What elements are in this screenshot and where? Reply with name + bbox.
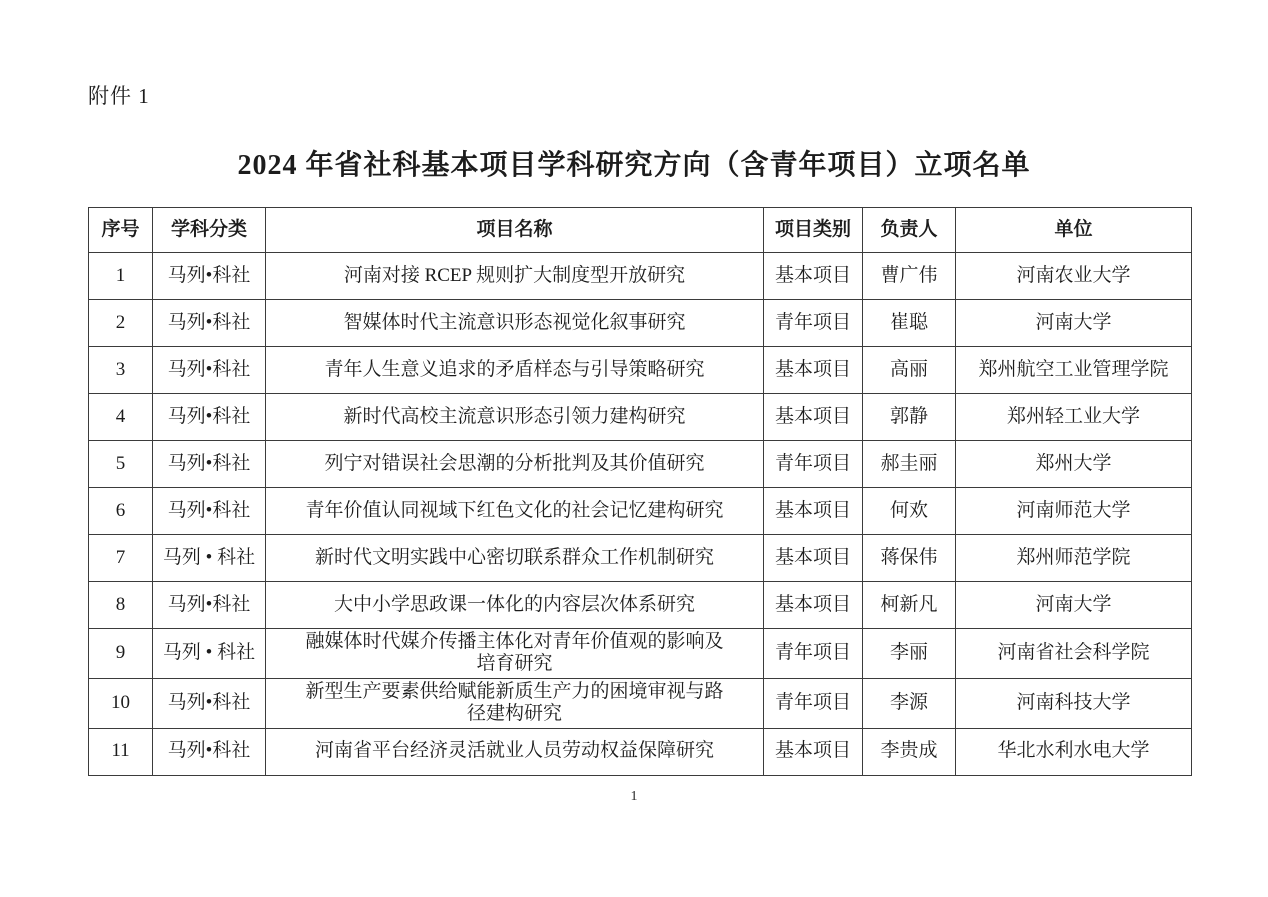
cell-serial-number: 7 [89, 535, 153, 582]
cell-project-name: 新时代文明实践中心密切联系群众工作机制研究 [266, 535, 764, 582]
cell-project-category: 青年项目 [764, 441, 863, 488]
cell-project-name: 融媒体时代媒介传播主体化对青年价值观的影响及 培育研究 [266, 629, 764, 679]
cell-serial-number: 5 [89, 441, 153, 488]
table-header-row: 序号 学科分类 项目名称 项目类别 负责人 单位 [89, 208, 1192, 253]
table-row: 10 马列•科社 新型生产要素供给赋能新质生产力的困境审视与路 径建构研究 青年… [89, 678, 1192, 728]
document-page: 附件 1 2024 年省社科基本项目学科研究方向（含青年项目）立项名单 序号 学… [0, 0, 1268, 897]
header-organization: 单位 [956, 208, 1192, 253]
cell-serial-number: 4 [89, 394, 153, 441]
cell-organization: 郑州大学 [956, 441, 1192, 488]
cell-project-category: 基本项目 [764, 582, 863, 629]
header-leader: 负责人 [863, 208, 956, 253]
cell-project-category: 基本项目 [764, 728, 863, 775]
cell-project-category: 青年项目 [764, 678, 863, 728]
table-row: 1 马列•科社 河南对接 RCEP 规则扩大制度型开放研究 基本项目 曹广伟 河… [89, 253, 1192, 300]
table-row: 7 马列 • 科社 新时代文明实践中心密切联系群众工作机制研究 基本项目 蒋保伟… [89, 535, 1192, 582]
cell-serial-number: 1 [89, 253, 153, 300]
cell-discipline: 马列•科社 [153, 441, 266, 488]
table-row: 5 马列•科社 列宁对错误社会思潮的分析批判及其价值研究 青年项目 郝圭丽 郑州… [89, 441, 1192, 488]
header-project-category: 项目类别 [764, 208, 863, 253]
attachment-label: 附件 1 [88, 80, 150, 110]
cell-project-name: 青年人生意义追求的矛盾样态与引导策略研究 [266, 347, 764, 394]
cell-discipline: 马列•科社 [153, 582, 266, 629]
cell-discipline: 马列•科社 [153, 394, 266, 441]
cell-organization: 郑州轻工业大学 [956, 394, 1192, 441]
cell-serial-number: 9 [89, 629, 153, 679]
cell-organization: 河南大学 [956, 300, 1192, 347]
cell-leader: 蒋保伟 [863, 535, 956, 582]
cell-discipline: 马列•科社 [153, 347, 266, 394]
cell-project-name: 列宁对错误社会思潮的分析批判及其价值研究 [266, 441, 764, 488]
cell-project-category: 基本项目 [764, 347, 863, 394]
cell-serial-number: 3 [89, 347, 153, 394]
table-row: 6 马列•科社 青年价值认同视域下红色文化的社会记忆建构研究 基本项目 何欢 河… [89, 488, 1192, 535]
table-row: 9 马列 • 科社 融媒体时代媒介传播主体化对青年价值观的影响及 培育研究 青年… [89, 629, 1192, 679]
cell-discipline: 马列•科社 [153, 488, 266, 535]
cell-discipline: 马列•科社 [153, 678, 266, 728]
cell-project-category: 基本项目 [764, 488, 863, 535]
cell-discipline: 马列•科社 [153, 300, 266, 347]
cell-project-category: 基本项目 [764, 535, 863, 582]
cell-discipline: 马列•科社 [153, 728, 266, 775]
cell-leader: 郝圭丽 [863, 441, 956, 488]
cell-discipline: 马列 • 科社 [153, 535, 266, 582]
table-row: 2 马列•科社 智媒体时代主流意识形态视觉化叙事研究 青年项目 崔聪 河南大学 [89, 300, 1192, 347]
cell-organization: 河南省社会科学院 [956, 629, 1192, 679]
cell-project-category: 青年项目 [764, 629, 863, 679]
cell-organization: 郑州师范学院 [956, 535, 1192, 582]
cell-project-category: 青年项目 [764, 300, 863, 347]
cell-discipline: 马列•科社 [153, 253, 266, 300]
cell-organization: 华北水利水电大学 [956, 728, 1192, 775]
header-serial-number: 序号 [89, 208, 153, 253]
table-row: 3 马列•科社 青年人生意义追求的矛盾样态与引导策略研究 基本项目 高丽 郑州航… [89, 347, 1192, 394]
cell-project-name: 大中小学思政课一体化的内容层次体系研究 [266, 582, 764, 629]
cell-leader: 李贵成 [863, 728, 956, 775]
header-discipline: 学科分类 [153, 208, 266, 253]
cell-leader: 李源 [863, 678, 956, 728]
table-row: 8 马列•科社 大中小学思政课一体化的内容层次体系研究 基本项目 柯新凡 河南大… [89, 582, 1192, 629]
cell-leader: 郭静 [863, 394, 956, 441]
page-title: 2024 年省社科基本项目学科研究方向（含青年项目）立项名单 [0, 143, 1268, 183]
cell-project-category: 基本项目 [764, 253, 863, 300]
cell-leader: 高丽 [863, 347, 956, 394]
table-row: 11 马列•科社 河南省平台经济灵活就业人员劳动权益保障研究 基本项目 李贵成 … [89, 728, 1192, 775]
cell-leader: 崔聪 [863, 300, 956, 347]
cell-leader: 何欢 [863, 488, 956, 535]
cell-organization: 河南农业大学 [956, 253, 1192, 300]
cell-project-name: 新时代高校主流意识形态引领力建构研究 [266, 394, 764, 441]
cell-project-category: 基本项目 [764, 394, 863, 441]
cell-serial-number: 11 [89, 728, 153, 775]
header-project-name: 项目名称 [266, 208, 764, 253]
cell-project-name: 河南对接 RCEP 规则扩大制度型开放研究 [266, 253, 764, 300]
project-roster-table: 序号 学科分类 项目名称 项目类别 负责人 单位 1 马列•科社 河南对接 RC… [88, 207, 1192, 776]
cell-serial-number: 2 [89, 300, 153, 347]
cell-project-name: 青年价值认同视域下红色文化的社会记忆建构研究 [266, 488, 764, 535]
cell-serial-number: 8 [89, 582, 153, 629]
cell-serial-number: 6 [89, 488, 153, 535]
cell-organization: 河南师范大学 [956, 488, 1192, 535]
cell-organization: 河南科技大学 [956, 678, 1192, 728]
cell-leader: 柯新凡 [863, 582, 956, 629]
cell-leader: 曹广伟 [863, 253, 956, 300]
page-number: 1 [0, 789, 1268, 805]
table-row: 4 马列•科社 新时代高校主流意识形态引领力建构研究 基本项目 郭静 郑州轻工业… [89, 394, 1192, 441]
cell-discipline: 马列 • 科社 [153, 629, 266, 679]
cell-organization: 河南大学 [956, 582, 1192, 629]
cell-project-name: 智媒体时代主流意识形态视觉化叙事研究 [266, 300, 764, 347]
cell-leader: 李丽 [863, 629, 956, 679]
cell-project-name: 河南省平台经济灵活就业人员劳动权益保障研究 [266, 728, 764, 775]
cell-project-name: 新型生产要素供给赋能新质生产力的困境审视与路 径建构研究 [266, 678, 764, 728]
cell-organization: 郑州航空工业管理学院 [956, 347, 1192, 394]
cell-serial-number: 10 [89, 678, 153, 728]
